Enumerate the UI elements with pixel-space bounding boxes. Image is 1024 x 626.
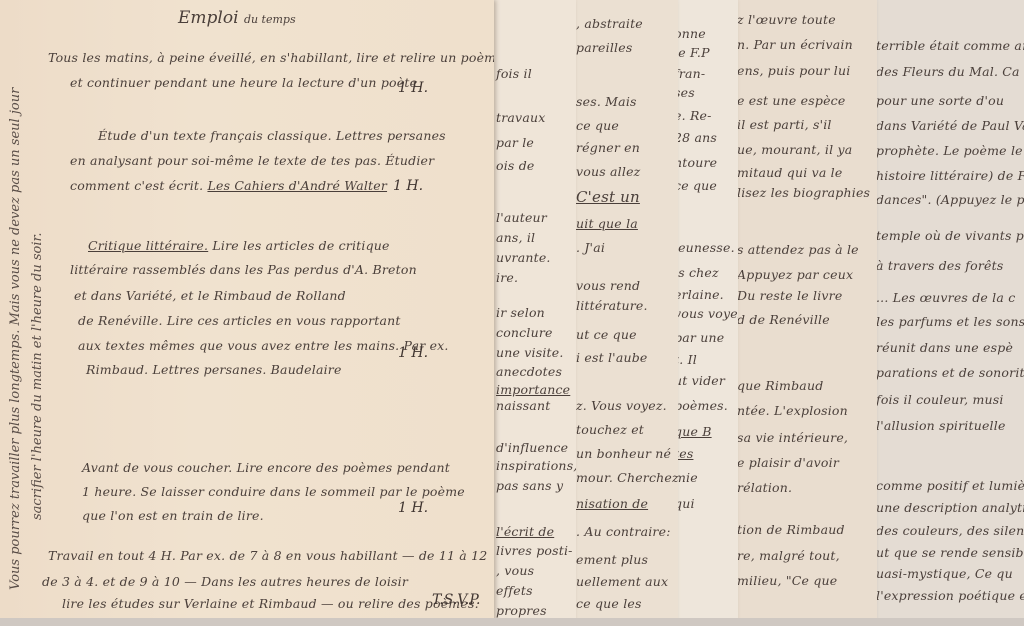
- text-line: e plaisir d'avoir: [737, 455, 839, 470]
- text-line: ement plus: [576, 552, 648, 567]
- text-line: de 3 à 4. et de 9 à 10 — Dans les autres…: [42, 574, 408, 589]
- text-line: poèmes.: [674, 398, 728, 413]
- hours-label: 1 H.: [398, 80, 428, 96]
- text-line: Critique littéraire. Lire les articles d…: [88, 238, 390, 253]
- text-line: d'influence: [496, 440, 568, 455]
- text-line: ntée. L'explosion: [737, 403, 848, 418]
- text-line: parations et de sonorités: [876, 365, 1024, 380]
- text-line: , abstraite: [576, 16, 643, 31]
- text-line: littéraire rassemblés dans les Pas perdu…: [70, 262, 417, 277]
- text-line: dans Variété de Paul Vale: [876, 118, 1024, 133]
- text-line: uvrante.: [496, 250, 551, 265]
- manuscript-page-e: z l'œuvre toute n. Par un écrivain ens, …: [735, 0, 877, 626]
- text-line: et dans Variété, et le Rimbaud de Rollan…: [74, 288, 346, 303]
- text-line: ... Les œuvres de la c: [876, 290, 1015, 305]
- text-line: effets: [496, 583, 533, 598]
- text-line: fois il couleur, musi: [876, 392, 1004, 407]
- text-line: l'écrit de: [496, 524, 554, 539]
- text-line: Travail en tout 4 H. Par ex. de 7 à 8 en…: [48, 548, 487, 563]
- tsvp-label: T.S.V.P.: [432, 592, 480, 608]
- section-heading: Critique littéraire.: [88, 238, 208, 253]
- hours-label: 1 H.: [393, 178, 423, 194]
- text-line: ans, il: [496, 230, 535, 245]
- text-line: ut ce que: [576, 327, 637, 342]
- text-line: touchez et: [576, 422, 644, 437]
- text-line: ut vider: [674, 373, 725, 388]
- text-line: réunit dans une espè: [876, 340, 1013, 355]
- text-line: une visite.: [496, 345, 564, 360]
- text-line: ie F.P: [674, 45, 710, 60]
- text-line: ire.: [496, 270, 518, 285]
- text-line: vous allez: [576, 164, 640, 179]
- text-line: temple où de vivants pi: [876, 228, 1024, 243]
- text-line: vous voyez: [674, 306, 738, 321]
- text-line: jeunesse.: [674, 240, 735, 255]
- text-line: e. Re-: [674, 108, 712, 123]
- text-line: livres posti-: [496, 543, 573, 558]
- text-line: il est parti, s'il: [737, 117, 832, 132]
- text-line: z. Vous voyez.: [576, 398, 667, 413]
- text-line: aux textes mêmes que vous avez entre les…: [78, 338, 449, 353]
- manuscript-page-b: fois il travaux par le ois de l'auteur a…: [480, 0, 576, 626]
- text-line: ses. Mais: [576, 94, 637, 109]
- text-line: que Rimbaud: [737, 378, 823, 393]
- text-line: e est une espèce: [737, 93, 845, 108]
- text-line: prophète. Le poème le p: [876, 143, 1024, 158]
- text-line: pour une sorte d'ou: [876, 93, 1004, 108]
- text-line: conclure: [496, 325, 553, 340]
- text-line: 28 ans: [674, 130, 717, 145]
- title-subtext: du temps: [244, 13, 296, 26]
- text-line: ce que les: [576, 596, 642, 611]
- text-line: en analysant pour soi-même le texte de t…: [70, 153, 434, 168]
- text-line: histoire littéraire) de F.: [876, 168, 1024, 183]
- text-line: ue, mourant, il ya: [737, 142, 852, 157]
- text-line: des Fleurs du Mal. Ca: [876, 64, 1020, 79]
- text-line: et continuer pendant une heure la lectur…: [70, 75, 417, 90]
- text-span: Lire les articles de critique: [208, 238, 389, 253]
- text-line: inspirations,: [496, 458, 576, 473]
- text-line: littérature.: [576, 298, 648, 313]
- text-line: que B: [674, 424, 712, 439]
- text-line: l'allusion spirituelle: [876, 418, 1006, 433]
- margin-note-line: Vous pourrez travailler plus longtemps. …: [8, 88, 30, 590]
- text-line: nisation de: [576, 496, 648, 511]
- text-line: i est l'aube: [576, 350, 648, 365]
- text-line: uit que la: [576, 216, 638, 231]
- text-line: par le: [496, 135, 534, 150]
- text-line: l'auteur: [496, 210, 547, 225]
- manuscript-page-emploi-du-temps: Emploi du temps Vous pourrez travailler …: [0, 0, 494, 626]
- text-line: , vous: [496, 563, 534, 578]
- text-line: comme positif et lumière: [876, 478, 1024, 493]
- text-line: ut que se rende sensible a: [876, 545, 1024, 560]
- text-line: uasi-mystique, Ce qu: [876, 566, 1013, 581]
- text-line: onne: [674, 26, 706, 41]
- text-line: comment c'est écrit. Les Cahiers d'André…: [70, 178, 387, 193]
- text-line: C'est un: [576, 188, 640, 206]
- text-line: vous rend: [576, 278, 640, 293]
- text-line: n. Par un écrivain: [737, 37, 853, 52]
- text-line: s attendez pas à le: [737, 242, 859, 257]
- margin-note-line: sacrifier l'heure du matin et l'heure du…: [30, 88, 52, 590]
- text-line: d de Renéville: [737, 312, 830, 327]
- manuscript-page-c: , abstraite pareilles ses. Mais ce que r…: [570, 0, 678, 626]
- text-line: l'expression poétique en: [876, 588, 1024, 603]
- text-line: à travers des forêts: [876, 258, 1003, 273]
- title-text: Emploi: [178, 8, 239, 28]
- text-line: Du reste le livre: [737, 288, 842, 303]
- text-line: rélation.: [737, 480, 792, 495]
- text-line: par une: [674, 330, 724, 345]
- text-line: re, malgré tout,: [737, 548, 840, 563]
- text-line: fois il: [496, 66, 532, 81]
- text-line: . Au contraire:: [576, 524, 671, 539]
- text-line: pas sans y: [496, 478, 563, 493]
- text-line: Avant de vous coucher. Lire encore des p…: [82, 460, 450, 475]
- text-line: les parfums et les sons: [876, 314, 1024, 329]
- text-line: que l'on est en train de lire.: [82, 508, 264, 523]
- text-line: mour. Cherchez: [576, 470, 678, 485]
- text-line: mitaud qui va le: [737, 165, 842, 180]
- manuscript-page-f: terrible était comme an des Fleurs du Ma…: [872, 0, 1024, 626]
- text-line: de Renéville. Lire ces articles en vous …: [78, 313, 401, 328]
- book-reference: Les Cahiers d'André Walter: [207, 178, 387, 193]
- text-line: z l'œuvre toute: [737, 12, 836, 27]
- text-line: erlaine.: [674, 287, 724, 302]
- text-line: travaux: [496, 110, 545, 125]
- text-line: lisez les biographies: [737, 185, 870, 200]
- text-line: ce que: [576, 118, 619, 133]
- text-line: naissant: [496, 398, 550, 413]
- text-line: régner en: [576, 140, 640, 155]
- text-line: Appuyez par ceux: [737, 267, 853, 282]
- text-line: des couleurs, des silences: [876, 523, 1024, 538]
- text-line: tion de Rimbaud: [737, 522, 845, 537]
- scanner-bottom-edge: [0, 618, 1024, 626]
- text-line: Rimbaud. Lettres persanes. Baudelaire: [86, 362, 342, 377]
- text-line: sa vie intérieure,: [737, 430, 848, 445]
- text-line: . J'ai: [576, 240, 605, 255]
- text-line: terrible était comme an: [876, 38, 1024, 53]
- hours-label: 1 H.: [398, 345, 428, 361]
- margin-note: Vous pourrez travailler plus longtemps. …: [8, 88, 52, 590]
- text-span: comment c'est écrit.: [70, 178, 207, 193]
- text-line: ens, puis pour lui: [737, 63, 850, 78]
- text-line: 1 heure. Se laisser conduire dans le som…: [82, 484, 465, 499]
- text-line: pareilles: [576, 40, 632, 55]
- text-line: fran-: [674, 66, 705, 81]
- text-line: un bonheur né: [576, 446, 671, 461]
- page-title: Emploi du temps: [178, 8, 296, 28]
- text-line: ois de: [496, 158, 535, 173]
- text-line: ce que: [674, 178, 717, 193]
- manuscript-page-d: onne ie F.P fran- ses e. Re- 28 ans ntou…: [672, 0, 738, 626]
- text-line: propres: [496, 603, 547, 618]
- text-line: lire les études sur Verlaine et Rimbaud …: [62, 596, 479, 611]
- text-line: dances". (Appuyez le pa: [876, 192, 1024, 207]
- text-line: ntoure: [674, 155, 717, 170]
- text-line: une description analytique: [876, 500, 1024, 515]
- text-line: Tous les matins, à peine éveillé, en s'h…: [48, 50, 494, 65]
- text-line: is chez: [674, 265, 719, 280]
- text-line: ir selon: [496, 305, 545, 320]
- text-line: anecdotes: [496, 364, 562, 379]
- text-line: milieu, "Ce que: [737, 573, 837, 588]
- hours-label: 1 H.: [398, 500, 428, 516]
- text-line: uellement aux: [576, 574, 668, 589]
- text-line: Étude d'un texte français classique. Let…: [98, 128, 446, 143]
- text-line: importance: [496, 382, 570, 397]
